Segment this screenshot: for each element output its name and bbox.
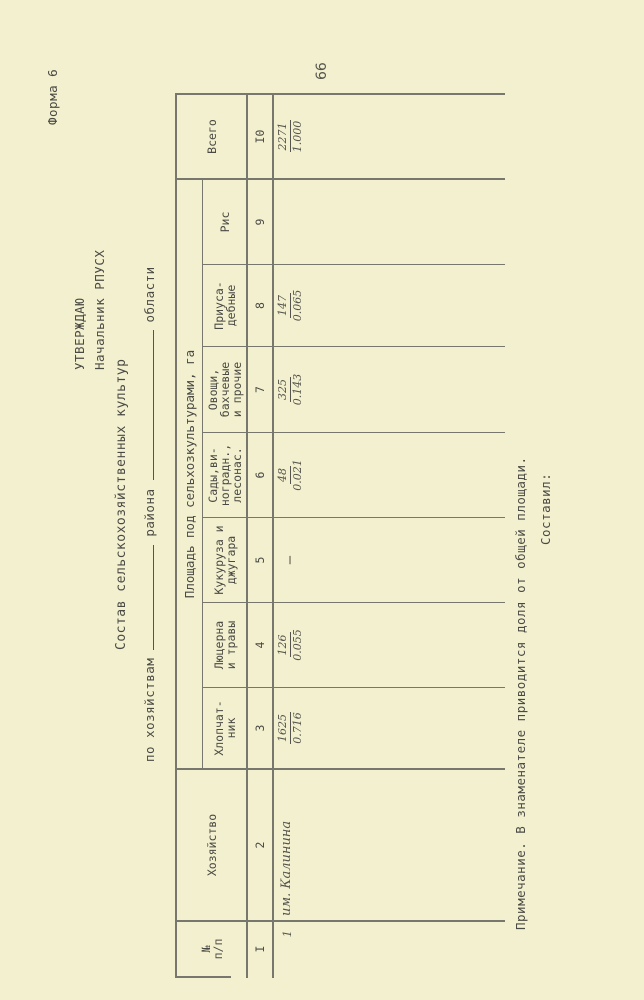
region-blank: [152, 331, 154, 481]
header-cotton: Хлопчат- ник: [203, 688, 246, 768]
colnum-8: 8: [248, 265, 272, 346]
row-num: 1: [274, 922, 300, 976]
value-corn: —: [274, 518, 306, 602]
value-cotton: 16250.716: [274, 688, 306, 768]
header-household: Приуса- дебные: [203, 265, 246, 346]
colnum-2: 2: [248, 770, 272, 920]
subtitle-region: области: [142, 266, 157, 322]
page-number: 66: [314, 62, 330, 80]
colnum-4: 4: [248, 603, 272, 687]
header-total: Всего: [177, 95, 246, 178]
colnum-10: I0: [248, 95, 272, 178]
value-rice: [274, 180, 306, 264]
subtitle-farms: по хозяйствам: [142, 658, 157, 762]
approval-line-1: УТВЕРЖДАЮ: [72, 298, 87, 370]
subtitle: по хозяйствам района области: [142, 266, 157, 762]
header-rice: Рис: [203, 180, 246, 264]
value-orchards: 480.021: [274, 433, 306, 517]
footnote: Примечание. В знаменателе приводится дол…: [513, 456, 528, 930]
header-corn: Кукуруза и джугара: [203, 518, 246, 602]
approval-line-2: Начальник РПУСХ: [92, 250, 107, 370]
table-left-border: [175, 976, 231, 978]
colnum-6: 6: [248, 433, 272, 517]
header-orchards: Сады,ви- ноградн., лесонас.: [203, 433, 246, 517]
value-household: 1470.065: [274, 265, 306, 346]
header-farm: Хозяйство: [177, 770, 246, 920]
colnum-1: I: [248, 922, 272, 976]
colnum-7: 7: [248, 347, 272, 432]
value-alfalfa: 1260.055: [274, 603, 306, 687]
district-blank: [152, 545, 154, 650]
header-vegetables: Овощи, бахчевые и прочие: [203, 347, 246, 432]
colnum-5: 5: [248, 518, 272, 602]
document-title: Состав сельскохозяйственных культур: [114, 359, 129, 650]
row-farm: им. Калинина: [274, 770, 300, 916]
header-alfalfa: Люцерна и травы: [203, 603, 246, 687]
colnum-9: 9: [248, 180, 272, 264]
header-num: № п/п: [177, 922, 246, 976]
compiled-by-label: Составил:: [538, 473, 553, 545]
subtitle-district: района: [142, 489, 157, 537]
value-total: 22711.000: [274, 95, 306, 178]
colnum-3: 3: [248, 688, 272, 768]
value-vegetables: 3250.143: [274, 347, 306, 432]
header-area-group: Площадь под сельхозкультурами, га: [177, 180, 202, 768]
document-page: Форма 6 66 УТВЕРЖДАЮ Начальник РПУСХ Сос…: [0, 0, 644, 1000]
form-label: Форма 6: [45, 69, 60, 125]
